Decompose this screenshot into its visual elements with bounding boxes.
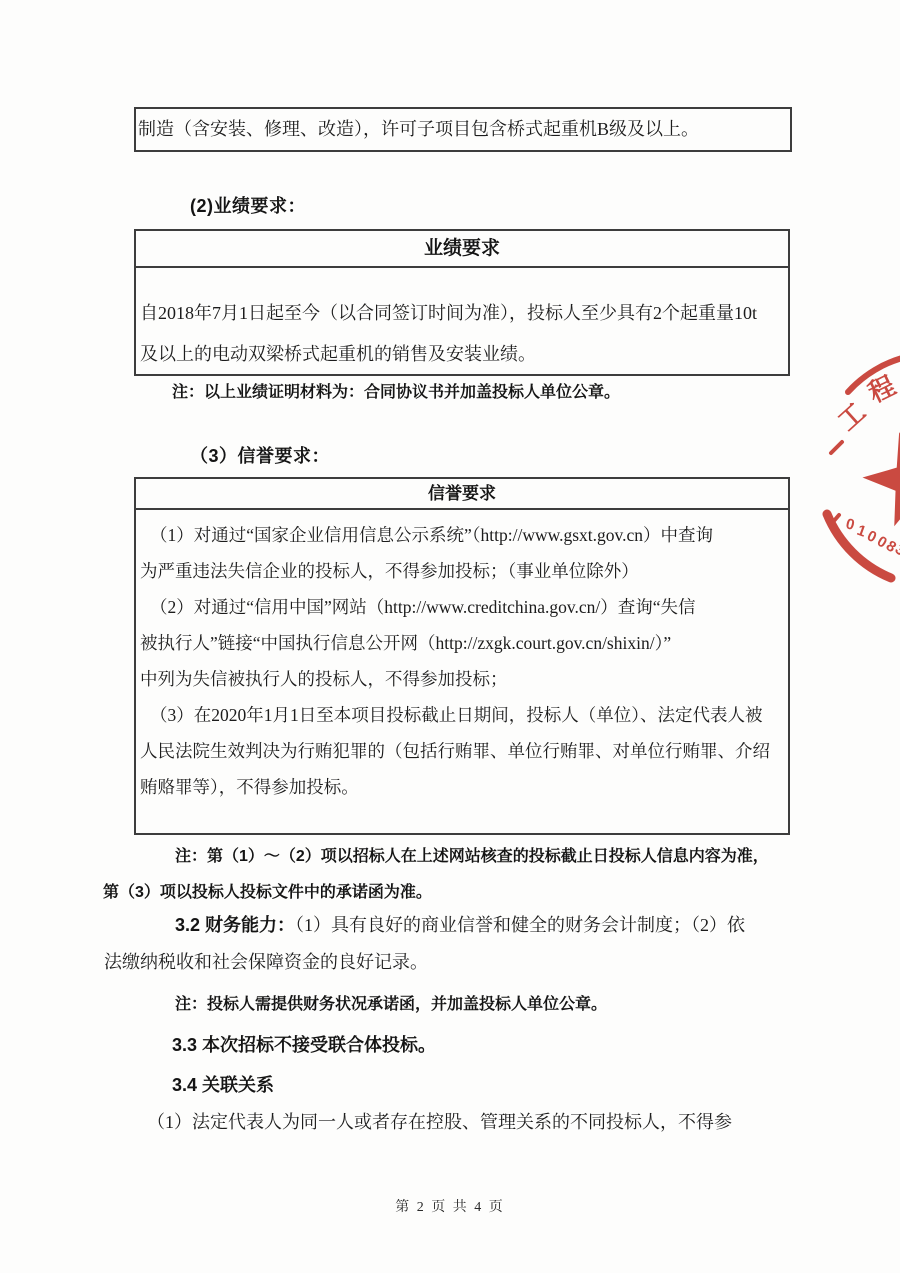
credit-table-header: 信誉要求 bbox=[136, 479, 788, 510]
seal-glyph: 3 bbox=[891, 541, 900, 559]
license-scope-text: 制造（含安装、修理、改造），许可子项目包含桥式起重机B级及以上。 bbox=[138, 119, 699, 139]
seal-arc-text: 工程 bbox=[832, 370, 900, 436]
credit-table-line: 被执行人”链接“中国执行信息公开网（http://zxgk.court.gov.… bbox=[136, 625, 788, 661]
credit-table-line: 中列为失信被执行人的投标人，不得参加投标； bbox=[136, 661, 788, 697]
seal-glyph: 0 bbox=[844, 515, 856, 534]
performance-table-line: 自2018年7月1日起至今（以合同签订时间为准），投标人至少具有2个起重量10t bbox=[136, 293, 788, 334]
credit-table-body: （1）对通过“国家企业信用信息公示系统”（http://www.gsxt.gov… bbox=[136, 510, 788, 805]
seal-partial-stroke-top bbox=[831, 442, 842, 453]
seal-glyph: 程 bbox=[863, 370, 900, 408]
performance-table-line: 及以上的电动双梁桥式起重机的销售及安装业绩。 bbox=[136, 334, 788, 372]
credit-table-line: 为严重违法失信企业的投标人，不得参加投标；（事业单位除外） bbox=[136, 553, 788, 589]
financial-note: 注：投标人需提供财务状况承诺函，并加盖投标人单位公章。 bbox=[175, 991, 607, 1014]
credit-table-line: （1）对通过“国家企业信用信息公示系统”（http://www.gsxt.gov… bbox=[136, 517, 788, 553]
seal-glyph: 0 bbox=[864, 527, 879, 546]
credit-table-line: 贿赂罪等），不得参加投标。 bbox=[136, 769, 788, 805]
section-3-4-item1: （1）法定代表人为同一人或者存在控股、管理关系的不同投标人，不得参 bbox=[147, 1108, 732, 1134]
seal-graphic: 工程 010083 bbox=[818, 352, 900, 584]
credit-note-line1: 注：第（1）～（2）项以招标人在上述网站核查的投标截止日投标人信息内容为准， bbox=[175, 843, 769, 866]
credit-table: 信誉要求 （1）对通过“国家企业信用信息公示系统”（http://www.gsx… bbox=[134, 477, 790, 835]
seal-serial-number: 010083 bbox=[844, 515, 900, 559]
performance-heading: (2)业绩要求： bbox=[190, 192, 306, 218]
seal-ring-bottom-arc bbox=[827, 514, 891, 578]
document-page: 制造（含安装、修理、改造），许可子项目包含桥式起重机B级及以上。 (2)业绩要求… bbox=[0, 0, 900, 1273]
star-icon bbox=[855, 422, 900, 529]
performance-note: 注：以上业绩证明材料为：合同协议书并加盖投标人单位公章。 bbox=[172, 379, 620, 402]
credit-table-line: 人民法院生效判决为行贿犯罪的（包括行贿罪、单位行贿罪、对单位行贿罪、介绍 bbox=[136, 733, 788, 769]
company-seal-stamp: 工程 010083 bbox=[818, 352, 900, 584]
credit-table-line: （2）对通过“信用中国”网站（http://www.creditchina.go… bbox=[136, 589, 788, 625]
financial-text: （1）具有良好的商业信誉和健全的财务会计制度；（2）依 bbox=[295, 915, 745, 935]
performance-table: 业绩要求 自2018年7月1日起至今（以合同签订时间为准），投标人至少具有2个起… bbox=[134, 229, 790, 376]
performance-table-body: 自2018年7月1日起至今（以合同签订时间为准），投标人至少具有2个起重量10t… bbox=[136, 268, 788, 372]
section-3-4: 3.4 关联关系 bbox=[172, 1071, 274, 1097]
financial-paragraph-line1: 3.2 财务能力：（1）具有良好的商业信誉和健全的财务会计制度；（2）依 bbox=[175, 911, 745, 937]
seal-glyph: 8 bbox=[883, 537, 900, 556]
credit-heading: （3）信誉要求： bbox=[190, 442, 330, 468]
financial-label: 3.2 财务能力： bbox=[175, 915, 295, 935]
performance-table-header: 业绩要求 bbox=[136, 231, 788, 268]
seal-partial-stroke-bottom bbox=[833, 515, 839, 522]
seal-glyph: 工 bbox=[832, 397, 871, 437]
seal-ring-top-arc bbox=[848, 353, 900, 392]
page-number: 第 2 页 共 4 页 bbox=[0, 1196, 900, 1216]
license-scope-box: 制造（含安装、修理、改造），许可子项目包含桥式起重机B级及以上。 bbox=[134, 107, 792, 152]
seal-glyph: 0 bbox=[874, 533, 890, 552]
seal-glyph: 1 bbox=[855, 522, 869, 541]
financial-paragraph-line2: 法缴纳税收和社会保障资金的良好记录。 bbox=[104, 948, 428, 974]
credit-note-line2: 第（3）项以投标人投标文件中的承诺函为准。 bbox=[103, 879, 432, 902]
section-3-3: 3.3 本次招标不接受联合体投标。 bbox=[172, 1031, 436, 1057]
credit-table-line: （3）在2020年1月1日至本项目投标截止日期间，投标人（单位）、法定代表人被 bbox=[136, 697, 788, 733]
